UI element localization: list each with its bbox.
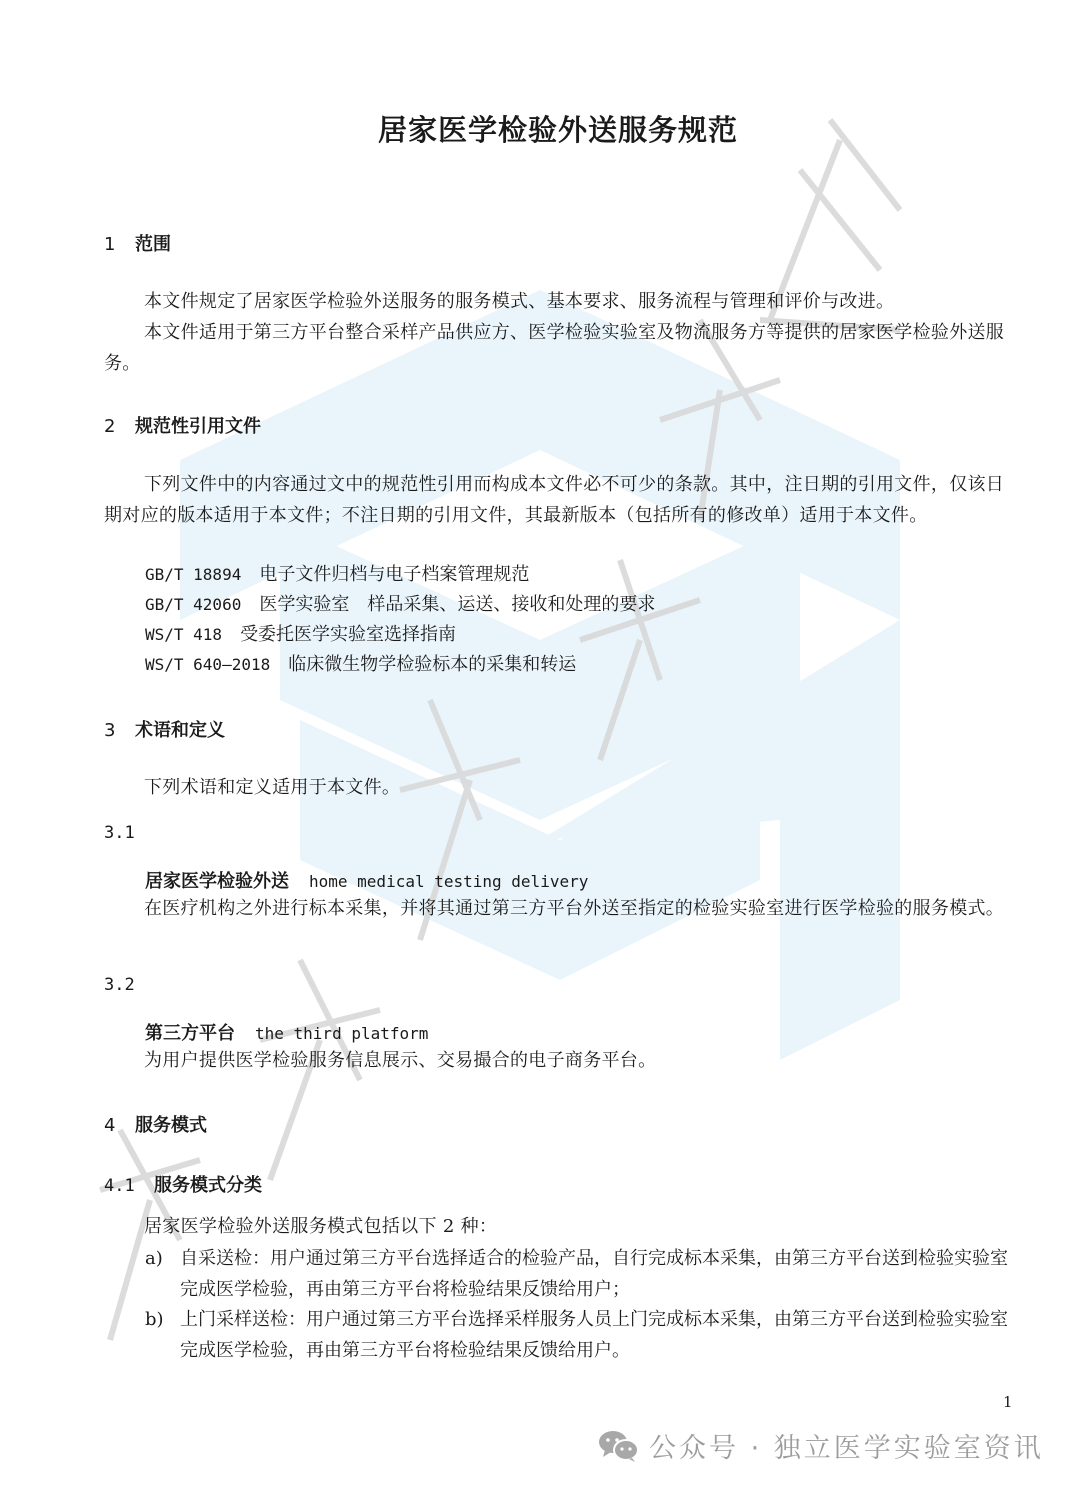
list-text: 上门采样送检：用户通过第三方平台选择采样服务人员上门完成标本采集，由第三方平台送… <box>180 1304 1017 1366</box>
reference-code: WS/T 418 <box>145 625 222 644</box>
page-number: 1 <box>1003 1393 1013 1411</box>
reference-code: WS/T 640—2018 <box>145 655 270 674</box>
paragraph: 本文件规定了居家医学检验外送服务的服务模式、基本要求、服务流程与管理和评价与改进… <box>104 286 1016 317</box>
paragraph: 本文件适用于第三方平台整合采样产品供应方、医学检验实验室及物流服务方等提供的居家… <box>104 317 1016 379</box>
reference-item: WS/T 640—2018临床微生物学检验标本的采集和转运 <box>145 649 576 680</box>
section-title: 术语和定义 <box>135 720 225 741</box>
subsection-number: 4.1 <box>104 1176 154 1196</box>
list-marker: b) <box>145 1304 164 1335</box>
section-title: 规范性引用文件 <box>135 416 261 437</box>
reference-title: 医学实验室 样品采集、运送、接收和处理的要求 <box>259 594 655 615</box>
term-definition: 在医疗机构之外进行标本采集，并将其通过第三方平台外送至指定的检验实验室进行医学检… <box>104 893 1016 924</box>
term-number: 3.1 <box>104 823 135 843</box>
list-item: a) 自采送检：用户通过第三方平台选择适合的检验产品，自行完成标本采集，由第三方… <box>145 1243 1017 1305</box>
reference-item: GB/T 18894电子文件归档与电子档案管理规范 <box>145 559 529 590</box>
reference-title: 电子文件归档与电子档案管理规范 <box>259 564 529 585</box>
footer-watermark: 公众号 · 独立医学实验室资讯 <box>597 1426 1044 1465</box>
subsection-4-1-heading: 4.1服务模式分类 <box>104 1171 262 1197</box>
subsection-title: 服务模式分类 <box>154 1175 262 1196</box>
reference-item: GB/T 42060医学实验室 样品采集、运送、接收和处理的要求 <box>145 589 655 620</box>
section-number: 2 <box>104 416 135 437</box>
term-chinese: 第三方平台 <box>145 1023 235 1044</box>
reference-item: WS/T 418受委托医学实验室选择指南 <box>145 619 456 650</box>
wechat-icon <box>597 1429 641 1463</box>
paragraph: 下列文件中的内容通过文中的规范性引用而构成本文件必不可少的条款。其中，注日期的引… <box>104 469 1016 531</box>
section-1-heading: 1范围 <box>104 230 171 256</box>
section-3-heading: 3术语和定义 <box>104 716 225 742</box>
reference-title: 受委托医学实验室选择指南 <box>240 624 456 645</box>
term-english: home medical testing delivery <box>309 872 588 891</box>
term-chinese: 居家医学检验外送 <box>145 871 289 892</box>
term-entry: 居家医学检验外送home medical testing delivery <box>145 867 588 893</box>
list-text: 自采送检：用户通过第三方平台选择适合的检验产品，自行完成标本采集，由第三方平台送… <box>180 1243 1017 1305</box>
term-definition: 为用户提供医学检验服务信息展示、交易撮合的电子商务平台。 <box>104 1045 1016 1076</box>
reference-code: GB/T 42060 <box>145 595 241 614</box>
reference-title: 临床微生物学检验标本的采集和转运 <box>288 654 576 675</box>
section-4-heading: 4服务模式 <box>104 1111 207 1137</box>
paragraph: 居家医学检验外送服务模式包括以下 2 种： <box>104 1211 1016 1242</box>
term-english: the third platform <box>255 1024 428 1043</box>
term-entry: 第三方平台the third platform <box>145 1019 428 1045</box>
footer-text: 公众号 · 独立医学实验室资讯 <box>649 1426 1044 1465</box>
document-title: 居家医学检验外送服务规范 <box>0 108 1080 149</box>
reference-code: GB/T 18894 <box>145 565 241 584</box>
list-marker: a) <box>145 1243 163 1274</box>
term-number: 3.2 <box>104 975 135 995</box>
section-title: 范围 <box>135 234 171 255</box>
list-item: b) 上门采样送检：用户通过第三方平台选择采样服务人员上门完成标本采集，由第三方… <box>145 1304 1017 1366</box>
section-number: 3 <box>104 720 135 741</box>
section-2-heading: 2规范性引用文件 <box>104 412 261 438</box>
paragraph: 下列术语和定义适用于本文件。 <box>104 772 1016 803</box>
document-page: 居家医学检验外送服务规范 1范围 本文件规定了居家医学检验外送服务的服务模式、基… <box>0 0 1080 1487</box>
section-title: 服务模式 <box>135 1115 207 1136</box>
section-number: 1 <box>104 234 135 255</box>
section-number: 4 <box>104 1115 135 1136</box>
